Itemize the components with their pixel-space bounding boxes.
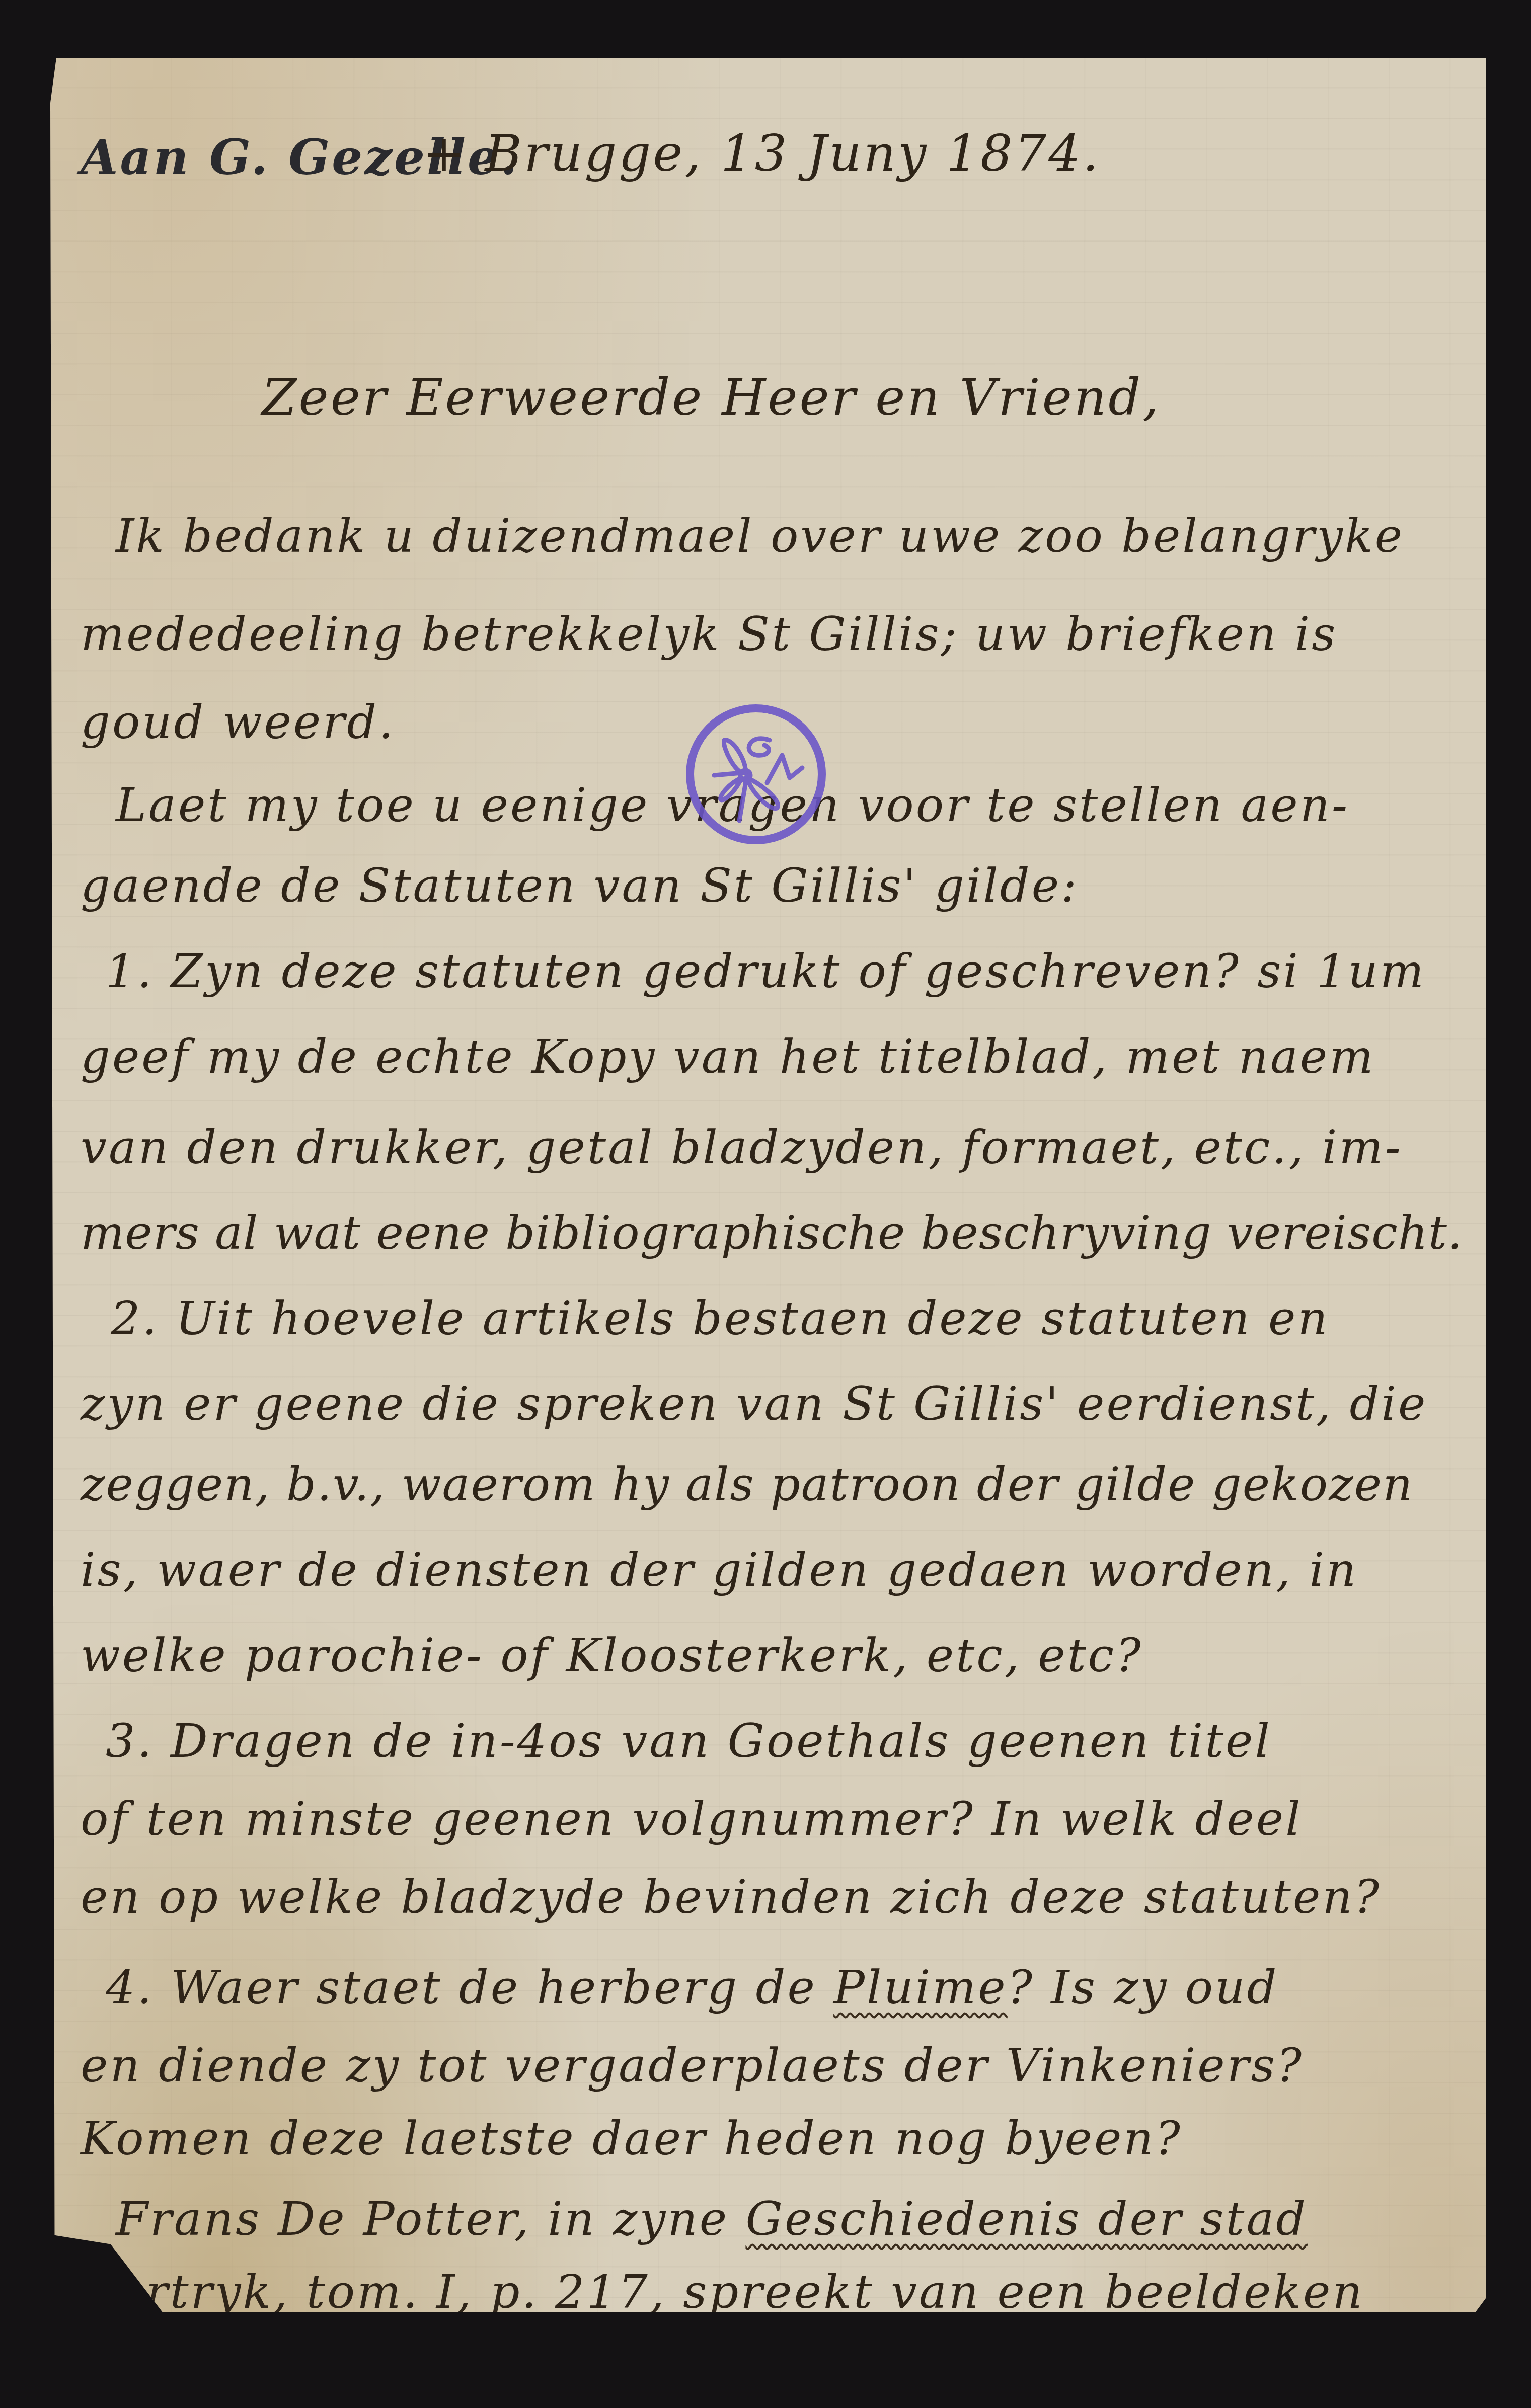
body-line: en op welke bladzyde bevinden zich deze … [81, 1874, 1486, 1920]
body-line: geef my de echte Kopy van het titelblad,… [81, 1034, 1486, 1080]
body-line: zeggen, b.v., waerom hy als patroon der … [81, 1462, 1486, 1508]
question-4-suffix: ? Is zy oud [1008, 1965, 1279, 2011]
underlined-term: Geschiedenis der stad [745, 2196, 1308, 2242]
body-line: welke parochie- of Kloosterkerk, etc, et… [81, 1633, 1486, 1679]
letter-sheet: Aan G. Gezelle. + Brugge, 13 Juny 1874. … [50, 58, 1486, 2312]
line-prefix: Frans De Potter, in zyne [116, 2196, 745, 2242]
body-line: gaende de Statuten van St Gillis' gilde: [81, 863, 1486, 909]
body-line-with-underline: 4. Waer staet de herberg de Pluime? Is z… [106, 1965, 1486, 2011]
line-suffix: , tom. I, p. 217, spreekt van een beelde… [273, 2269, 1364, 2315]
body-line: van den drukker, getal bladzyden, formae… [81, 1125, 1486, 1171]
collection-stamp [686, 704, 826, 844]
place-date: + Brugge, 13 Juny 1874. [423, 128, 1486, 179]
body-line: zyn er geene die spreken van St Gillis' … [81, 1381, 1486, 1427]
body-line: 1. Zyn deze statuten gedrukt of geschrev… [106, 948, 1486, 995]
salutation: Zeer Eerweerde Heer en Vriend, [262, 372, 1486, 423]
body-line: van sint Gillis, dat de schouw versiert … [81, 2337, 1486, 2377]
body-line: of ten minste geenen volgnummer? In welk… [81, 1796, 1486, 1842]
body-line: is, waer de diensten der gilden gedaen w… [81, 1547, 1486, 1593]
question-4-prefix: 4. Waer staet de herberg de [106, 1965, 833, 2011]
body-line: mers al wat eene bibliographische beschr… [81, 1210, 1486, 1256]
underlined-term: Pluime [833, 1965, 1008, 2011]
body-line: en diende zy tot vergaderplaets der Vink… [81, 2043, 1486, 2089]
body-line: 2. Uit hoevele artikels bestaen deze sta… [111, 1296, 1486, 1342]
body-line-with-underline: Kortryk, tom. I, p. 217, spreekt van een… [81, 2269, 1486, 2315]
underlined-term: Kortryk [81, 2269, 273, 2315]
body-line: Komen deze laetste daer heden nog byeen? [81, 2116, 1486, 2162]
body-line: Ik bedank u duizendmael over uwe zoo bel… [116, 513, 1486, 559]
body-line: 3. Dragen de in-4os van Goethals geenen … [106, 1718, 1486, 1764]
body-line-with-underline: Frans De Potter, in zyne Geschiedenis de… [116, 2196, 1486, 2242]
gm-dragonfly-stamp-icon [694, 712, 818, 836]
body-line: mededeeling betrekkelyk St Gillis; uw br… [81, 611, 1486, 658]
